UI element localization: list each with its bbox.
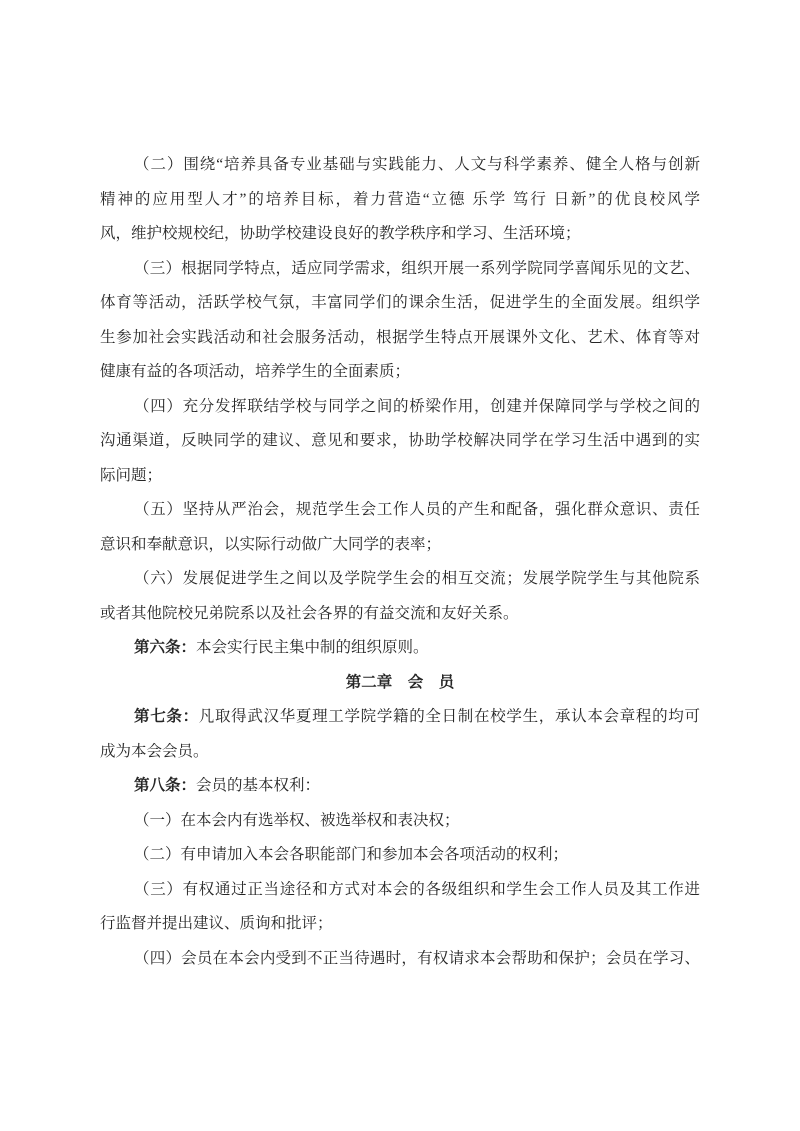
article-text: 本会实行民主集中制的组织原则。 — [196, 639, 429, 656]
clause-line: （二）围绕“培养具备专业基础与实践能力、人文与科学素养、健全人格与创新 — [100, 148, 700, 183]
article-line: 第七条：凡取得武汉华夏理工学院学籍的全日制在校学生，承认本会章程的均可 — [100, 700, 700, 735]
clause-line: （三）有权通过正当途径和方式对本会的各级组织和学生会工作人员及其工作进 — [100, 873, 700, 908]
paragraph-line: 意识和奉献意识，以实际行动做广大同学的表率； — [100, 528, 700, 563]
article-number-label: 第八条： — [134, 777, 196, 794]
clause-line: （六）发展促进学生之间以及学院学生会的相互交流；发展学院学生与其他院系 — [100, 562, 700, 597]
clause-line: （五）坚持从严治会，规范学生会工作人员的产生和配备，强化群众意识、责任 — [100, 493, 700, 528]
clause-line: （二）有申请加入本会各职能部门和参加本会各项活动的权利； — [100, 838, 700, 873]
article-text: 会员的基本权利： — [196, 777, 320, 794]
clause-line: （四）会员在本会内受到不正当待遇时，有权请求本会帮助和保护；会员在学习、 — [100, 942, 700, 977]
clause-line: （三）根据同学特点，适应同学需求，组织开展一系列学院同学喜闻乐见的文艺、 — [100, 252, 700, 287]
paragraph-line: 行监督并提出建议、质询和批评； — [100, 907, 700, 942]
clause-line: （四）充分发挥联结学校与同学之间的桥梁作用，创建并保障同学与学校之间的 — [100, 390, 700, 425]
paragraph-line: 体育等活动，活跃学校气氛，丰富同学们的课余生活，促进学生的全面发展。组织学 — [100, 286, 700, 321]
paragraph-line: 或者其他院校兄弟院系以及社会各界的有益交流和友好关系。 — [100, 597, 700, 632]
paragraph-line: 健康有益的各项活动，培养学生的全面素质； — [100, 355, 700, 390]
article-line: 第八条：会员的基本权利： — [100, 769, 700, 804]
article-text: 凡取得武汉华夏理工学院学籍的全日制在校学生，承认本会章程的均可 — [199, 708, 700, 725]
paragraph-line: 风，维护校规校纪，协助学校建设良好的教学秩序和学习、生活环境； — [100, 217, 700, 252]
paragraph-line: 际问题； — [100, 459, 700, 494]
article-number-label: 第七条： — [134, 708, 199, 725]
document-content: （二）围绕“培养具备专业基础与实践能力、人文与科学素养、健全人格与创新 精神的应… — [100, 148, 700, 976]
paragraph-line: 生参加社会实践活动和社会服务活动，根据学生特点开展课外文化、艺术、体育等对 — [100, 321, 700, 356]
clause-line: （一）在本会内有选举权、被选举权和表决权； — [100, 804, 700, 839]
paragraph-line: 成为本会会员。 — [100, 735, 700, 770]
paragraph-line: 精神的应用型人才”的培养目标，着力营造“立德 乐学 笃行 日新”的优良校风学 — [100, 183, 700, 218]
chapter-heading: 第二章 会 员 — [100, 666, 700, 701]
article-line: 第六条：本会实行民主集中制的组织原则。 — [100, 631, 700, 666]
paragraph-line: 沟通渠道，反映同学的建议、意见和要求，协助学校解决同学在学习生活中遇到的实 — [100, 424, 700, 459]
article-number-label: 第六条： — [134, 639, 196, 656]
document-page: （二）围绕“培养具备专业基础与实践能力、人文与科学素养、健全人格与创新 精神的应… — [0, 0, 800, 1131]
